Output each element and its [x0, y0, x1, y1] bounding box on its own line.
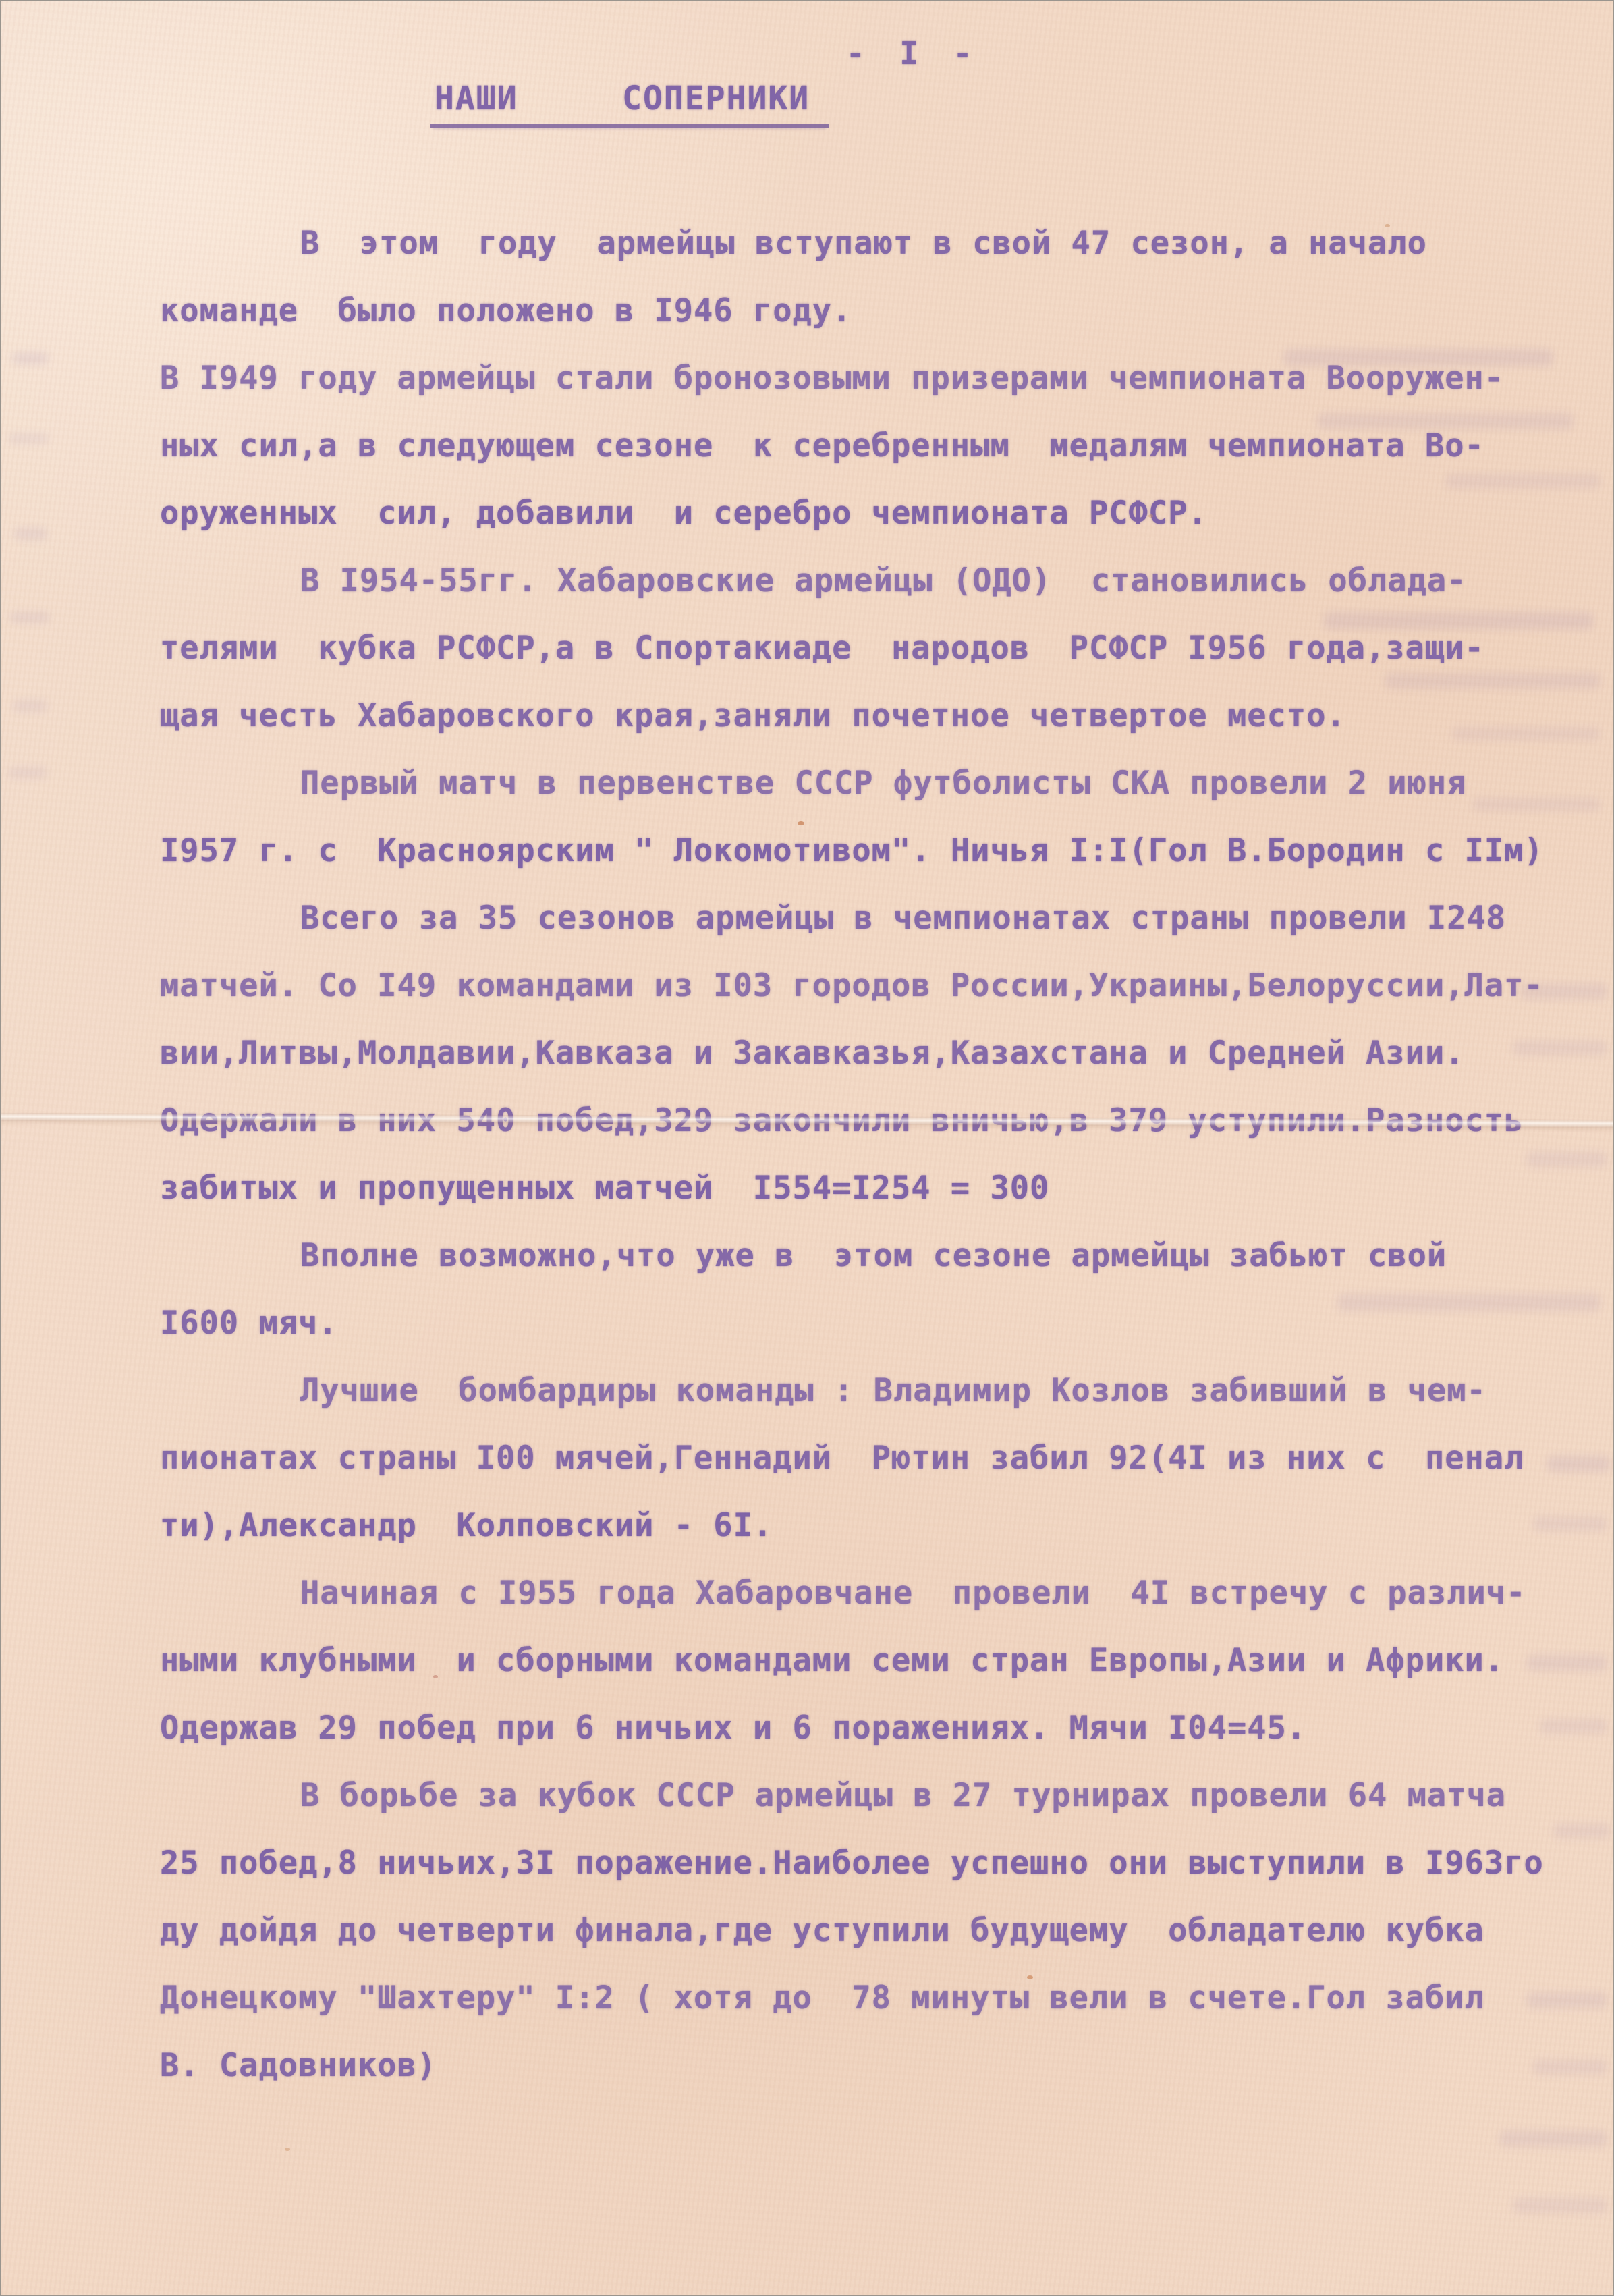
ink-smudge — [9, 612, 50, 623]
ink-smudge — [8, 767, 47, 778]
text-lines: В этом году армейцы вступают в свой 47 с… — [160, 224, 1597, 2114]
text-line: Начиная с I955 года Хабаровчане провели … — [160, 1574, 1597, 1641]
text-line: I957 г. с Красноярским " Локомотивом". Н… — [160, 831, 1597, 899]
text-line: ду дойдя до четверти финала,где уступили… — [160, 1911, 1597, 1979]
text-line: Одержали в них 540 побед,329 закончили в… — [160, 1101, 1597, 1169]
text-line: Всего за 35 сезонов армейцы в чемпионата… — [160, 899, 1597, 966]
text-line: матчей. Со I49 командами из I03 городов … — [160, 966, 1597, 1034]
scanned-document-page: - I - НАШИ СОПЕРНИКИ В этом году армейцы… — [0, 0, 1614, 2296]
text-line: оруженных сил, добавили и серебро чемпио… — [160, 494, 1597, 562]
text-line: ных сил,а в следующем сезоне к серебренн… — [160, 427, 1597, 494]
text-line: вии,Литвы,Молдавии,Кавказа и Закавказья,… — [160, 1034, 1597, 1101]
text-line: ными клубными и сборными командами семи … — [160, 1641, 1597, 1709]
text-line: В борьбе за кубок СССР армейцы в 27 турн… — [160, 1776, 1597, 1844]
ink-smudge — [11, 352, 49, 364]
text-line: ти),Александр Колповский - 6I. — [160, 1506, 1597, 1574]
text-line: команде было положено в I946 году. — [160, 292, 1597, 359]
text-line: I600 мяч. — [160, 1304, 1597, 1371]
text-line: Первый матч в первенстве СССР футболисты… — [160, 764, 1597, 831]
text-line: В этом году армейцы вступают в свой 47 с… — [160, 224, 1597, 292]
ink-smudge — [12, 700, 47, 712]
ink-smudge — [1513, 2198, 1607, 2213]
text-line: Донецкому "Шахтеру" I:2 ( хотя до 78 мин… — [160, 1979, 1597, 2046]
text-line: В I949 году армейцы стали бронозовыми пр… — [160, 359, 1597, 427]
text-line: Лучшие бомбардиры команды : Владимир Коз… — [160, 1371, 1597, 1439]
text-line: телями кубка РСФСР,а в Спортакиаде народ… — [160, 629, 1597, 696]
text-line: Вполне возможно,что уже в этом сезоне ар… — [160, 1236, 1597, 1304]
paper-fleck — [285, 2148, 290, 2151]
text-line: В. Садовников) — [160, 2046, 1597, 2114]
text-line: Одержав 29 побед при 6 ничьих и 6 пораже… — [160, 1709, 1597, 1776]
text-line: В I954-55гг. Хабаровские армейцы (ОДО) с… — [160, 562, 1597, 629]
ink-smudge — [1499, 2131, 1607, 2147]
ink-smudge — [8, 433, 49, 444]
text-line: щая честь Хабаровского края,заняли почет… — [160, 696, 1597, 764]
text-line: пионатах страны I00 мячей,Геннадий Рютин… — [160, 1439, 1597, 1506]
page-title: НАШИ СОПЕРНИКИ — [430, 80, 829, 128]
text-line: забитых и пропущенных матчей I554=I254 =… — [160, 1169, 1597, 1236]
ink-smudge — [13, 528, 47, 540]
page-number: - I - — [846, 35, 980, 72]
text-line: 25 побед,8 ничьих,3I поражение.Наиболее … — [160, 1844, 1597, 1911]
